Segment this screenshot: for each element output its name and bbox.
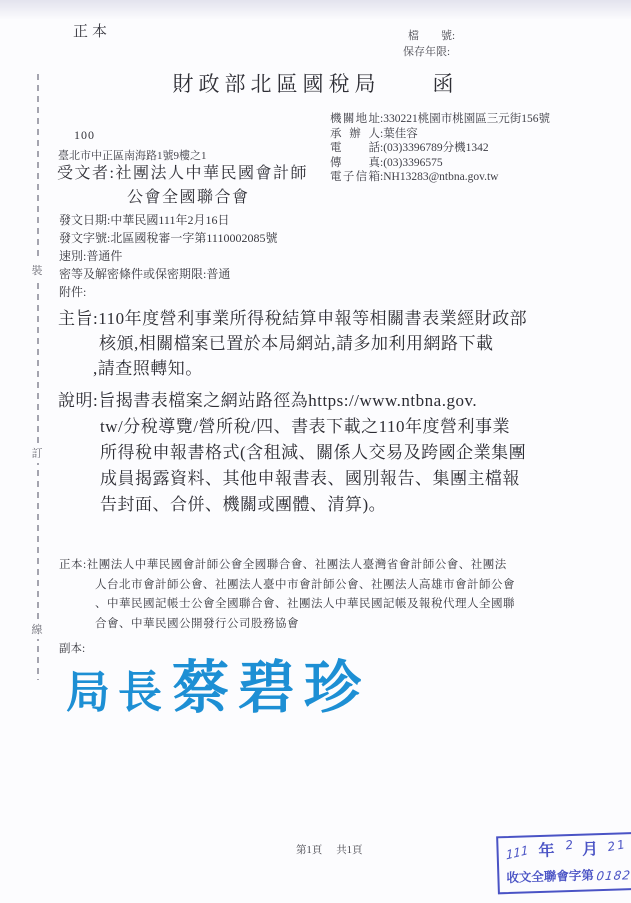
document-title: 財政部北區國稅局 函 xyxy=(0,68,631,98)
director-general-signature: 局長蔡碧珍 xyxy=(66,642,370,724)
attachment-label: 附件: xyxy=(59,283,277,301)
retention-period-label: 保存年限: xyxy=(403,43,450,59)
primary-recipients-line: 合會、中華民國公開發行公司股務協會 xyxy=(95,615,515,635)
subject-line: ,請查照轉知。 xyxy=(93,356,527,381)
description-line: 告封面、合併、機關或團體、清算)。 xyxy=(100,492,526,518)
dispatch-date: 發文日期:中華民國111年2月16日 xyxy=(59,211,277,229)
stamp-serial-row: 收文全聯會字第0182號 xyxy=(506,862,631,890)
speed-class: 速別:普通件 xyxy=(59,247,277,265)
stamp-month-handwritten: 2 xyxy=(564,832,575,859)
receipt-stamp: 111 年 2 月 21 日 收文全聯會字第0182號 xyxy=(496,832,631,895)
description-line: 所得稅申報書格式(含租減、關係人交易及跨國企業集團 xyxy=(100,440,526,466)
description-block: 說明:旨揭書表檔案之網站路徑為https://www.ntbna.gov. tw… xyxy=(58,388,526,518)
page-footer: 第1頁共1頁 xyxy=(296,842,363,857)
subject-line: 核頒,相關檔案已置於本局網站,請多加利用網路下載 xyxy=(99,331,527,356)
agency-address-row: 機關地址:330221桃園市桃園區三元街156號 xyxy=(330,112,550,127)
agency-phone-row: 電話:(03)3396789分機1342 xyxy=(330,141,550,156)
subject-block: 主旨:110年度營利事業所得稅結算申報等相關書表業經財政部 核頒,相關檔案已置於… xyxy=(58,306,527,381)
agency-contact-value: 葉佳容 xyxy=(383,128,418,140)
recipient-name-line1: 受文者:社團法人中華民國會計師 xyxy=(57,160,308,183)
stamp-year-unit: 年 xyxy=(538,843,555,860)
agency-address-value: 330221桃園市桃園區三元街156號 xyxy=(383,113,550,125)
recipient-name-line2: 公會全國聯合會 xyxy=(127,184,250,207)
agency-email-value: NH13283@ntbna.gov.tw xyxy=(383,171,498,183)
stamp-serial-handwritten: 0182 xyxy=(595,863,631,888)
subject-line: 主旨:110年度營利事業所得稅結算申報等相關書表業經財政部 xyxy=(58,306,527,331)
dispatch-meta-block: 發文日期:中華民國111年2月16日 發文字號:北區國稅審一字第11100020… xyxy=(59,211,277,301)
binding-mark-zhuang: 裝 xyxy=(30,260,44,280)
signature-name: 蔡碧珍 xyxy=(172,657,370,720)
stamp-day-handwritten: 21 xyxy=(605,831,628,860)
agency-contact-block: 機關地址:330221桃園市桃園區三元街156號 承辦人:葉佳容 電話:(03)… xyxy=(330,112,550,185)
agency-email-row: 電子信箱:NH13283@ntbna.gov.tw xyxy=(330,170,550,185)
stamp-serial-prefix: 收文全聯會字第 xyxy=(506,868,594,885)
stamp-date-row: 111 年 2 月 21 日 xyxy=(505,836,631,866)
agency-phone-value: (03)3396789分機1342 xyxy=(383,142,488,154)
primary-recipients-line: 人台北市會計師公會、社團法人臺中市會計師公會、社團法人高雄市會計師公會 xyxy=(95,576,515,596)
copy-type-label: 正本 xyxy=(73,20,111,41)
dispatch-number: 發文字號:北區國稅審一字第1110002085號 xyxy=(59,229,277,247)
description-line: 說明:旨揭書表檔案之網站路徑為https://www.ntbna.gov. xyxy=(58,388,526,414)
description-line: 成員揭露資料、其他申報書表、國別報告、集團主檔報 xyxy=(100,466,526,492)
stamp-year-handwritten: 111 xyxy=(506,837,529,869)
binding-mark-xian: 線 xyxy=(30,619,44,639)
description-line: tw/分稅導覽/營所稅/四、書表下載之110年度營利事業 xyxy=(100,414,526,440)
primary-recipients-block: 正本:社團法人中華民國會計師公會全國聯合會、社團法人臺灣省會計師公會、社團法 人… xyxy=(59,556,515,634)
signature-title: 局長 xyxy=(66,668,170,717)
file-number-label: 檔 號: xyxy=(408,27,455,43)
page-total: 共1頁 xyxy=(336,845,362,856)
page-number: 第1頁 xyxy=(296,845,322,856)
primary-recipients-line: 正本:社團法人中華民國會計師公會全國聯合會、社團法人臺灣省會計師公會、社團法 xyxy=(59,556,515,576)
stamp-month-unit: 月 xyxy=(582,841,599,858)
security-class: 密等及解密條件或保密期限:普通 xyxy=(59,265,277,283)
primary-recipients-line: 、中華民國記帳士公會全國聯合會、社團法人中華民國記帳及報稅代理人全國聯 xyxy=(95,595,515,615)
binding-mark-ding: 訂 xyxy=(30,443,44,463)
agency-fax-value: (03)3396575 xyxy=(383,157,442,169)
scanned-official-letter: 正本 檔 號: 保存年限: 財政部北區國稅局 函 機關地址:330221桃園市桃… xyxy=(0,0,631,903)
binding-margin-dashed-line xyxy=(37,74,39,680)
recipient-postal-code: 100 xyxy=(74,128,95,143)
agency-fax-row: 傳真:(03)3396575 xyxy=(330,156,550,171)
agency-contact-row: 承辦人:葉佳容 xyxy=(330,127,550,142)
